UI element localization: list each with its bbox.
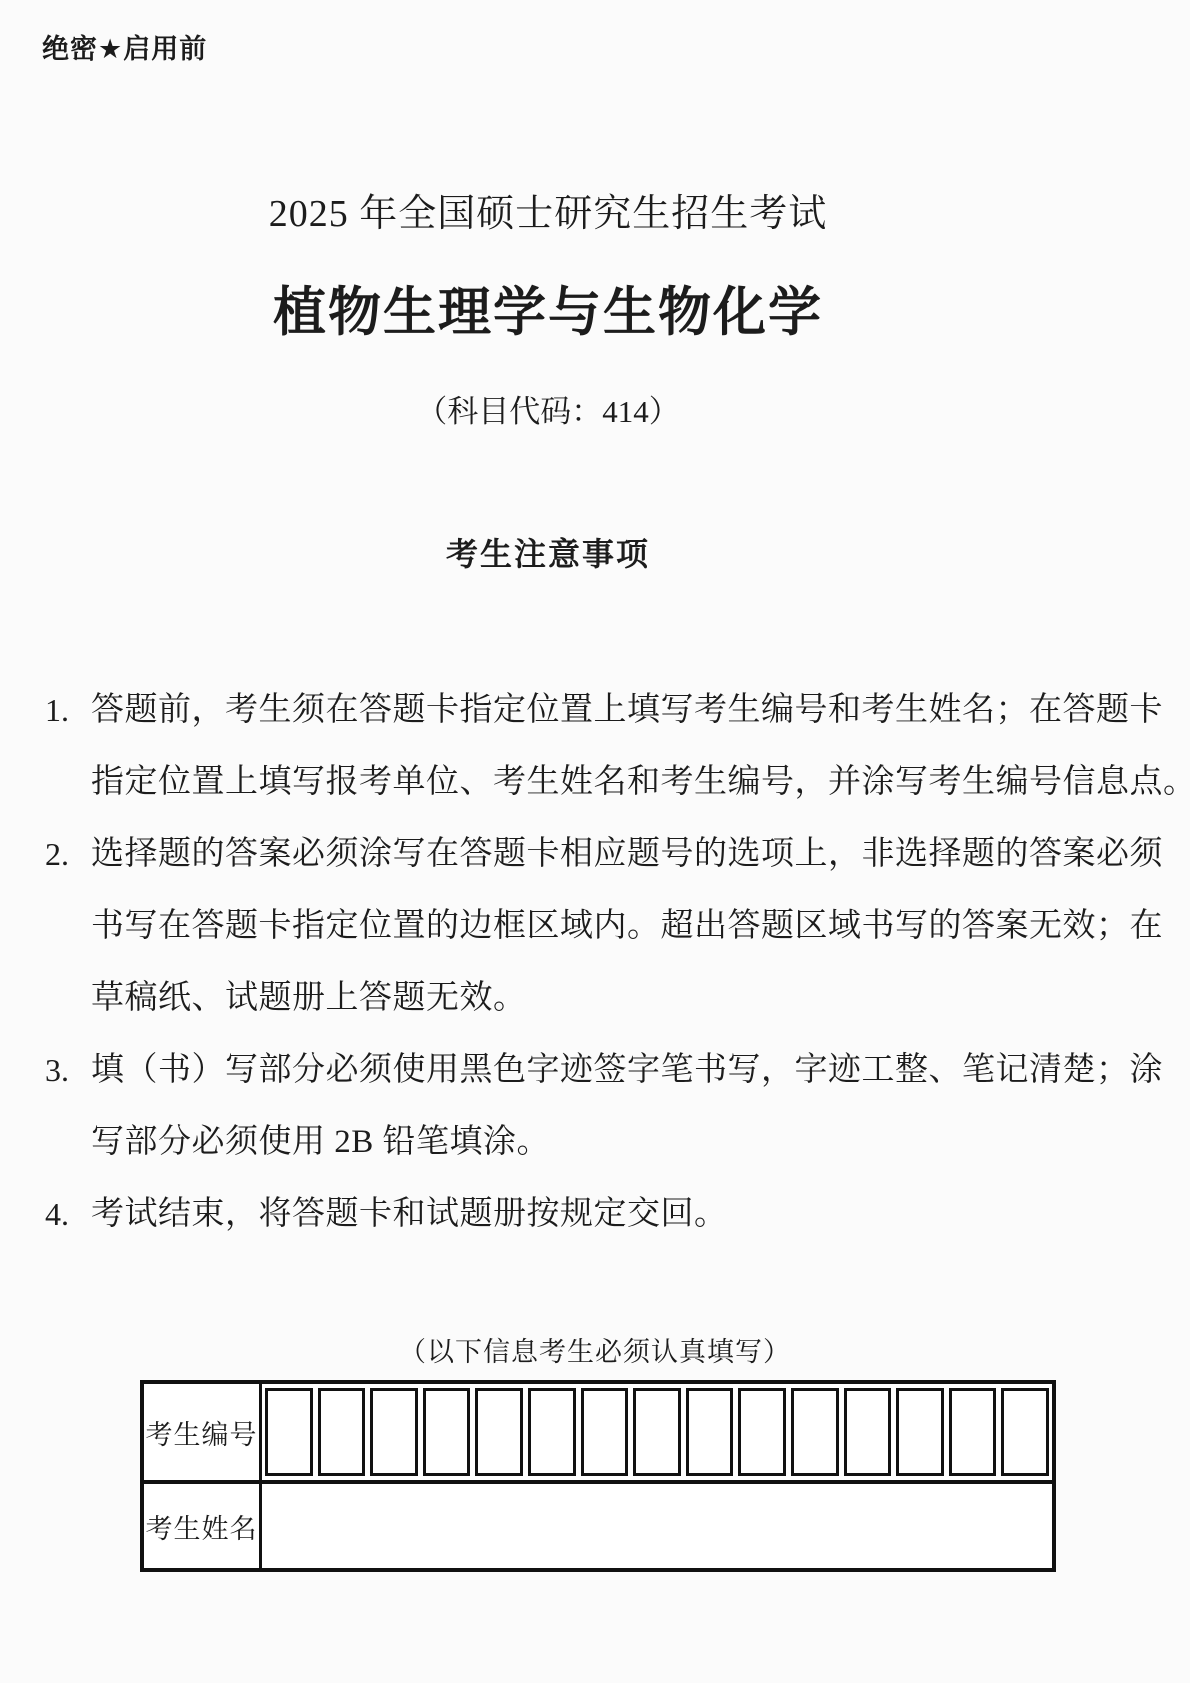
- notice-heading: 考生注意事项: [40, 534, 1056, 574]
- notice-lines: 填（书）写部分必须使用黑色字迹签字笔书写，字迹工整、笔记清楚；涂写部分必须使用 …: [91, 1034, 1155, 1178]
- header-block: 2025 年全国硕士研究生招生考试 植物生理学与生物化学 （科目代码：414） …: [40, 190, 1056, 574]
- notices-list: 1.答题前，考生须在答题卡指定位置上填写考生编号和考生姓名；在答题卡指定位置上填…: [0, 674, 1190, 1250]
- notice-line: 选择题的答案必须涂写在答题卡相应题号的选项上，非选择题的答案必须: [91, 818, 1155, 890]
- notice-item: 1.答题前，考生须在答题卡指定位置上填写考生编号和考生姓名；在答题卡指定位置上填…: [45, 674, 1155, 818]
- notice-line: 书写在答题卡指定位置的边框区域内。超出答题区域书写的答案无效；在: [91, 890, 1155, 962]
- notice-line: 草稿纸、试题册上答题无效。: [91, 962, 1155, 1034]
- notice-item: 4.考试结束，将答题卡和试题册按规定交回。: [45, 1178, 1155, 1250]
- candidate-number-boxes: [262, 1384, 1052, 1480]
- digit-box: [738, 1388, 786, 1476]
- notice-number: 2.: [45, 818, 91, 890]
- digit-box: [633, 1388, 681, 1476]
- digit-box: [370, 1388, 418, 1476]
- digit-box: [896, 1388, 944, 1476]
- subject-title: 植物生理学与生物化学: [40, 280, 1056, 346]
- candidate-name-row: 考生姓名: [144, 1480, 1052, 1568]
- digit-box: [791, 1388, 839, 1476]
- notice-line: 写部分必须使用 2B 铅笔填涂。: [91, 1106, 1155, 1178]
- digit-box: [475, 1388, 523, 1476]
- notice-line: 指定位置上填写报考单位、考生姓名和考生编号，并涂写考生编号信息点。: [91, 746, 1155, 818]
- candidate-name-label: 考生姓名: [144, 1484, 262, 1568]
- digit-box: [265, 1388, 313, 1476]
- notice-item: 2.选择题的答案必须涂写在答题卡相应题号的选项上，非选择题的答案必须书写在答题卡…: [45, 818, 1155, 1034]
- exam-cover-page: 绝密★启用前 2025 年全国硕士研究生招生考试 植物生理学与生物化学 （科目代…: [0, 0, 1190, 1683]
- notice-lines: 选择题的答案必须涂写在答题卡相应题号的选项上，非选择题的答案必须书写在答题卡指定…: [91, 818, 1155, 1034]
- exam-title: 2025 年全国硕士研究生招生考试: [40, 190, 1056, 238]
- digit-box: [844, 1388, 892, 1476]
- candidate-number-label: 考生编号: [144, 1384, 262, 1480]
- classification-banner: 绝密★启用前: [42, 34, 1190, 64]
- notice-number: 1.: [45, 674, 91, 746]
- digit-box: [581, 1388, 629, 1476]
- notice-line: 填（书）写部分必须使用黑色字迹签字笔书写，字迹工整、笔记清楚；涂: [91, 1034, 1155, 1106]
- notice-number: 4.: [45, 1178, 91, 1250]
- candidate-number-row: 考生编号: [144, 1384, 1052, 1480]
- digit-box: [949, 1388, 997, 1476]
- subject-code: （科目代码：414）: [40, 392, 1056, 432]
- notice-lines: 答题前，考生须在答题卡指定位置上填写考生编号和考生姓名；在答题卡指定位置上填写报…: [91, 674, 1155, 818]
- digit-box: [686, 1388, 734, 1476]
- notice-number: 3.: [45, 1034, 91, 1106]
- digit-box: [423, 1388, 471, 1476]
- notice-line: 答题前，考生须在答题卡指定位置上填写考生编号和考生姓名；在答题卡: [91, 674, 1155, 746]
- notice-item: 3.填（书）写部分必须使用黑色字迹签字笔书写，字迹工整、笔记清楚；涂写部分必须使…: [45, 1034, 1155, 1178]
- digit-box: [528, 1388, 576, 1476]
- notice-lines: 考试结束，将答题卡和试题册按规定交回。: [91, 1178, 1155, 1250]
- fill-note: （以下信息考生必须认真填写）: [0, 1333, 1190, 1371]
- candidate-name-field: [262, 1484, 1052, 1568]
- notice-line: 考试结束，将答题卡和试题册按规定交回。: [91, 1178, 1155, 1250]
- digit-box: [1001, 1388, 1049, 1476]
- candidate-form-table: 考生编号 考生姓名: [140, 1380, 1056, 1572]
- digit-box: [318, 1388, 366, 1476]
